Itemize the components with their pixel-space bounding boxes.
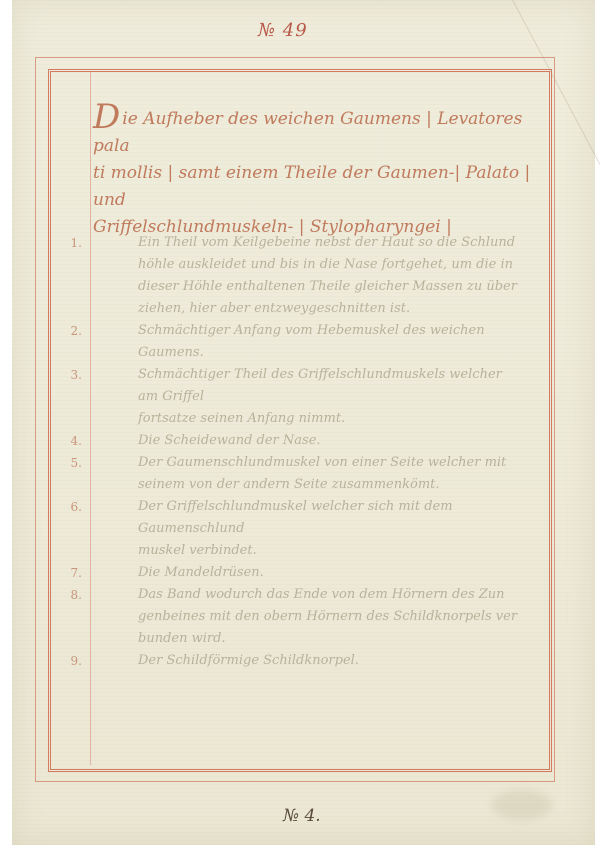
page-number-top: № 49 <box>258 20 308 41</box>
legend-entry-1: 1. Ein Theil vom Keilgebeine nebst der H… <box>40 232 540 320</box>
legend-entry-3: 3. Schmächtiger Theil des Griffelschlund… <box>40 364 540 430</box>
legend-entry-4: 4. Die Scheidewand der Nase. <box>40 430 540 452</box>
entry-number: 8. <box>40 584 90 650</box>
entry-number: 2. <box>40 320 90 364</box>
entry-text: Die Scheidewand der Nase. <box>90 430 540 452</box>
title-line-2: ti mollis | samt einem Theile der Gaumen… <box>93 160 543 214</box>
legend-entry-5: 5. Der Gaumenschlundmuskel von einer Sei… <box>40 452 540 496</box>
entry-text: Der Gaumenschlundmuskel von einer Seite … <box>90 452 540 496</box>
entry-text: Ein Theil vom Keilgebeine nebst der Haut… <box>90 232 540 320</box>
entry-text: Das Band wodurch das Ende von dem Hörner… <box>90 584 540 650</box>
entry-number: 9. <box>40 650 90 672</box>
legend-entry-9: 9. Der Schildförmige Schildknorpel. <box>40 650 540 672</box>
legend-entry-7: 7. Die Mandeldrüsen. <box>40 562 540 584</box>
title-line-1: Die Aufheber des weichen Gaumens | Levat… <box>93 106 543 160</box>
title-dropcap: D <box>93 97 120 137</box>
entry-text: Schmächtiger Anfang vom Hebemuskel des w… <box>90 320 540 364</box>
legend-entries: 1. Ein Theil vom Keilgebeine nebst der H… <box>40 232 540 672</box>
entry-number: 1. <box>40 232 90 320</box>
paper-stain <box>492 790 552 820</box>
entry-text: Schmächtiger Theil des Griffelschlundmus… <box>90 364 540 430</box>
entry-number: 4. <box>40 430 90 452</box>
entry-number: 6. <box>40 496 90 562</box>
legend-entry-2: 2. Schmächtiger Anfang vom Hebemuskel de… <box>40 320 540 364</box>
legend-entry-8: 8. Das Band wodurch das Ende von dem Hör… <box>40 584 540 650</box>
legend-entry-6: 6. Der Griffelschlundmuskel welcher sich… <box>40 496 540 562</box>
entry-number: 3. <box>40 364 90 430</box>
entry-text: Die Mandeldrüsen. <box>90 562 540 584</box>
entry-number: 7. <box>40 562 90 584</box>
entry-number: 5. <box>40 452 90 496</box>
entry-text: Der Schildförmige Schildknorpel. <box>90 650 540 672</box>
page-number-bottom: № 4. <box>283 806 321 826</box>
entry-text: Der Griffelschlundmuskel welcher sich mi… <box>90 496 540 562</box>
plate-title: Die Aufheber des weichen Gaumens | Levat… <box>93 106 543 241</box>
